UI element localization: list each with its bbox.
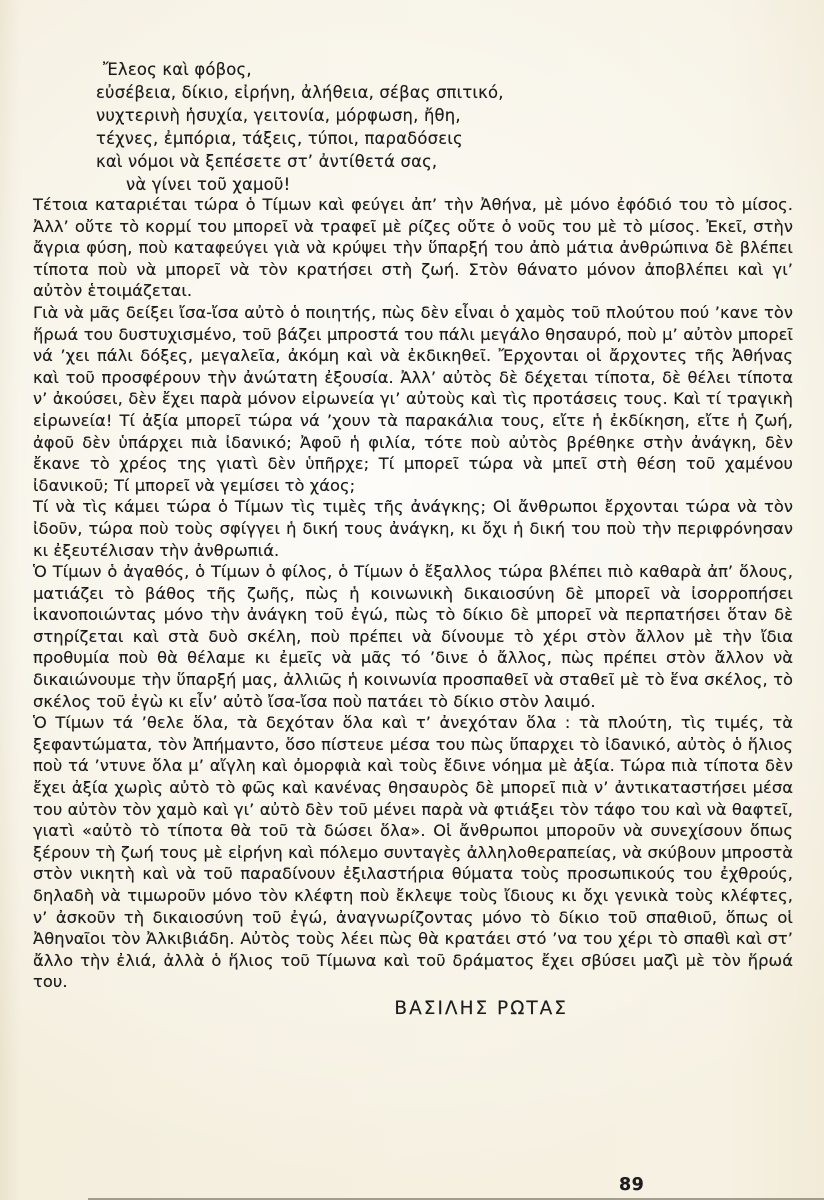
paragraph: Τέτοια καταριέται τώρα ὁ Τίμων καὶ φεύγε… [33,194,793,302]
essay-body: Τέτοια καταριέται τώρα ὁ Τίμων καὶ φεύγε… [33,194,793,1020]
paragraph: Τί νὰ τὶς κάμει τώρα ὁ Τίμων τὶς τιμὲς τ… [33,496,793,561]
poem-line: νυχτερινὴ ἡσυχία, γειτονία, μόρφωση, ἤθη… [96,104,504,127]
paragraph: Ὁ Τίμων τά ’θελε ὅλα, τὰ δεχόταν ὅλα καὶ… [33,712,793,993]
poem-line: τέχνες, ἐμπόρια, τάξεις, τύποι, παραδόσε… [96,127,504,150]
poem-line: Ἔλεος καὶ φόβος, [96,58,504,81]
page-number: 89 [619,1175,644,1195]
poem-line: εὐσέβεια, δίκιο, εἰρήνη, ἀλήθεια, σέβας … [96,81,504,104]
poem-line: νὰ γίνει τοῦ χαμοῦ! [96,173,504,196]
poem-quote-block: Ἔλεος καὶ φόβος, εὐσέβεια, δίκιο, εἰρήνη… [96,58,504,196]
paragraph: Ὁ Τίμων ὁ ἀγαθός, ὁ Τίμων ὁ φίλος, ὁ Τίμ… [33,561,793,712]
paragraph: Γιὰ νὰ μᾶς δείξει ἴσα-ἴσα αὐτὸ ὁ ποιητής… [33,302,793,496]
scanned-book-page: Ἔλεος καὶ φόβος, εὐσέβεια, δίκιο, εἰρήνη… [0,0,824,1200]
author-signature: ΒΑΣΙΛΗΣ ΡΩΤΑΣ [394,998,568,1020]
poem-line: καὶ νόμοι νὰ ξεπέσετε στ’ ἀντίθετά σας, [96,150,504,173]
